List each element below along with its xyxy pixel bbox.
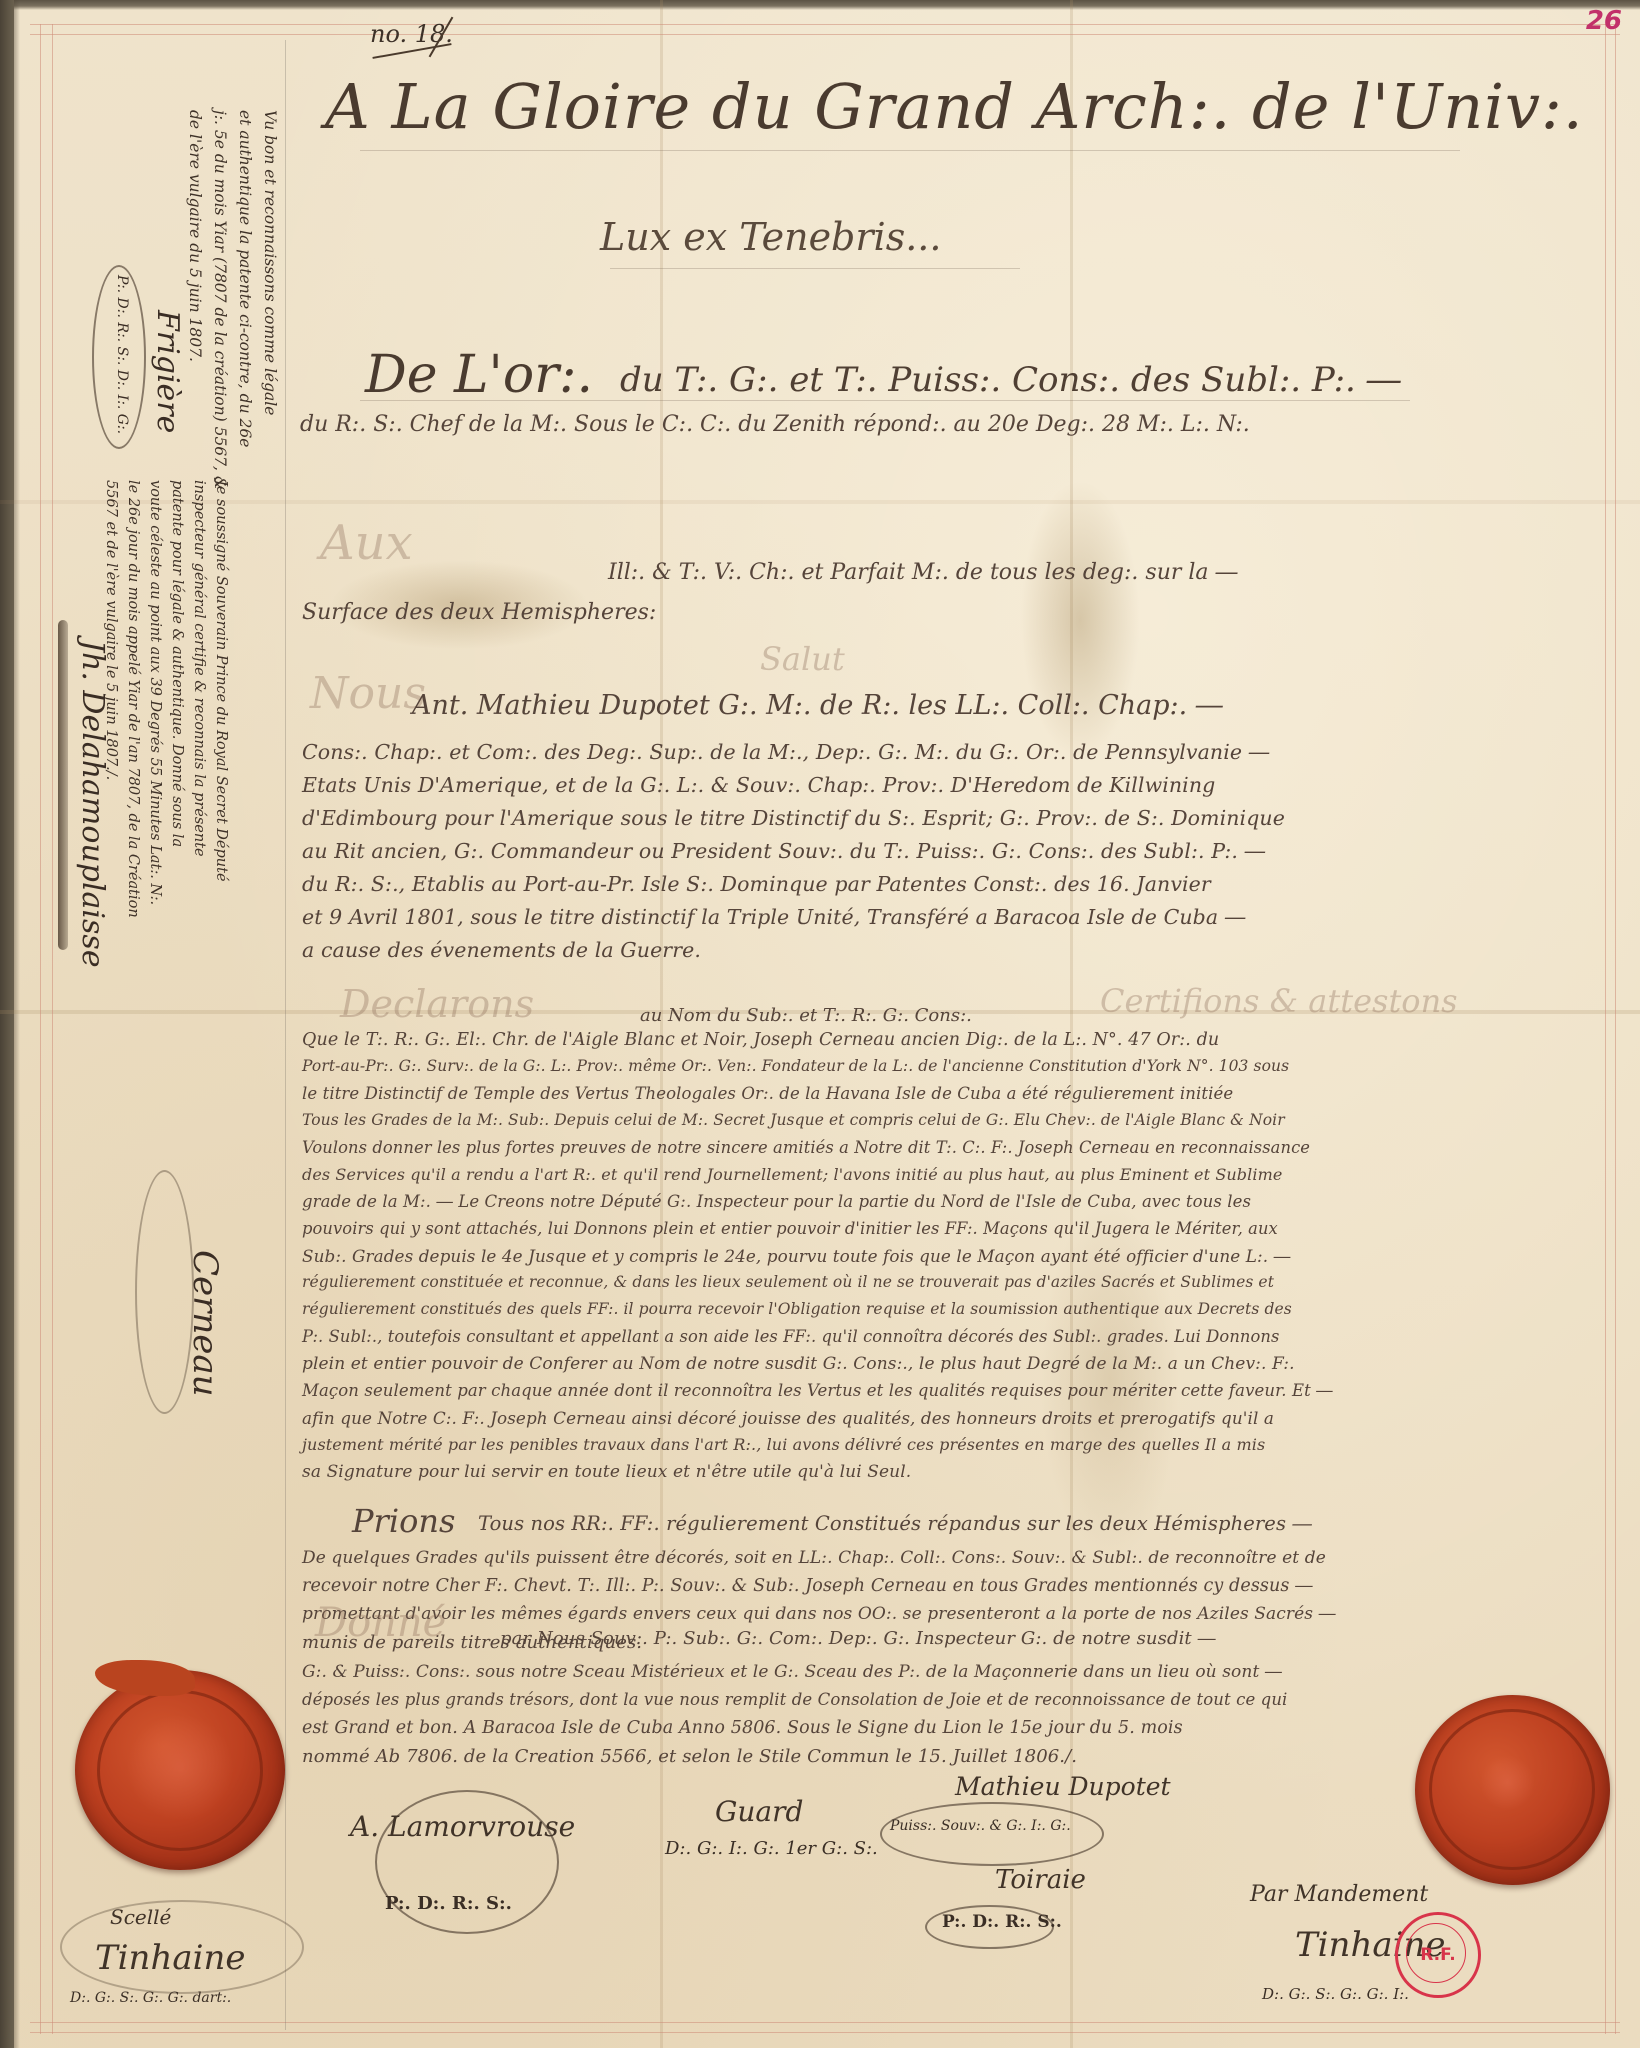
border-rule (30, 34, 1620, 35)
border-rule (1605, 24, 1606, 2034)
declaration-line: afin que Notre C:. F:. Joseph Cerneau ai… (302, 1408, 1274, 1428)
signature-name: Guard (715, 1795, 803, 1828)
prayer-line: Tous nos RR:. FF:. régulierement Constit… (478, 1512, 1312, 1535)
declaration-faded-prefix: Declarons (340, 982, 534, 1026)
margin-note-line: de l'ère vulgaire du 5 juin 1807. (182, 110, 207, 490)
declaration-line: sa Signature pour lui servir en toute li… (302, 1462, 911, 1482)
signature-title: D:. G:. I:. G:. 1er G:. S:. (665, 1838, 878, 1859)
signature-flourish (880, 1802, 1104, 1866)
declaration-faded-suffix: Certifions & attestons (1100, 982, 1458, 1020)
prayer-heading: Prions (352, 1502, 455, 1540)
border-rule (1615, 24, 1616, 2034)
signature-name: Toiraie (995, 1865, 1086, 1895)
seal-emboss (125, 1715, 235, 1820)
address-line-1: Ill:. & T:. V:. Ch:. et Parfait M:. de t… (608, 560, 1238, 585)
margin-note-line: patente pour légale & authentique. Donné… (166, 480, 188, 918)
sealed-title: D:. G:. S:. G:. G:. dart:. (70, 1990, 231, 2006)
document-page: 26 no. 18. A La Gloire du Grand Arch:. d… (0, 0, 1640, 2048)
folio-number: 26 (1586, 6, 1622, 36)
salutation: Salut (760, 640, 845, 678)
given-line: par Nous Souv:. P:. Sub:. G:. Com:. Dep:… (500, 1628, 1216, 1649)
library-stamp-inner (1406, 1923, 1466, 1983)
ruled-line (610, 268, 1020, 269)
declaration-line: Tous les Grades de la M:. Sub:. Depuis c… (302, 1111, 1285, 1129)
margin-note-line: le 26e jour du mois appelé Yiar de l'an … (122, 480, 144, 918)
signature-name: Mathieu Dupotet (955, 1772, 1171, 1801)
signature-flourish (60, 1900, 304, 1994)
given-line: est Grand et bon. A Baracoa Isle de Cuba… (302, 1718, 1183, 1738)
declaration-line: Maçon seulement par chaque année dont il… (302, 1381, 1333, 1400)
issuer-line: du R:. S:., Etablis au Port-au-Pr. Isle … (302, 872, 1211, 896)
margin-note-1-signature: Frigière (150, 310, 185, 433)
declaration-line: régulierement constitués des quels FF:. … (302, 1300, 1292, 1318)
prayer-line: recevoir notre Cher F:. Chevt. T:. Ill:.… (302, 1576, 1313, 1596)
opening-line-1: du T:. G:. et T:. Puiss:. Cons:. des Sub… (620, 360, 1401, 400)
margin-rule (285, 40, 286, 2030)
border-rule (30, 24, 1620, 25)
signature-title: P:. D:. R:. S:. (942, 1912, 1062, 1932)
motto: Lux ex Tenebris... (600, 215, 941, 259)
issuer-line: a cause des évenements de la Guerre. (302, 938, 701, 962)
address-line-2: Surface des deux Hemispheres: (302, 600, 656, 625)
signature-title: D:. G:. S:. G:. G:. I:. (1262, 1985, 1409, 2003)
declaration-header: au Nom du Sub:. et T:. R:. G:. Cons:. (640, 1005, 972, 1026)
border-rule (52, 24, 53, 2034)
declaration-line: plein et entier pouvoir de Conferer au N… (302, 1354, 1295, 1374)
declaration-line: pouvoirs qui y sont attachés, lui Donnon… (302, 1219, 1278, 1238)
given-faded-prefix: Donné (315, 1600, 446, 1646)
issuer-line: au Rit ancien, G:. Commandeur ou Preside… (302, 839, 1265, 863)
scan-top-edge (0, 0, 1640, 10)
margin-note-line: Je soussigné Souverain Prince du Royal S… (210, 480, 232, 918)
scan-left-edge (0, 0, 14, 2048)
border-rule (30, 2022, 1620, 2023)
issuer-faded-prefix: Nous (310, 668, 426, 719)
signature-name: Par Mandement (1250, 1882, 1428, 1907)
margin-note-line: j:. 5e du mois Yiar (7807 de la création… (207, 110, 232, 490)
ruled-line (360, 400, 1410, 401)
declaration-line: Sub:. Grades depuis le 4e Jusque et y co… (302, 1246, 1291, 1266)
declaration-line: régulierement constituée et reconnue, & … (302, 1273, 1274, 1291)
opening-line-2: du R:. S:. Chef de la M:. Sous le C:. C:… (300, 412, 1250, 437)
declaration-line: justement mérité par les penibles travau… (302, 1435, 1265, 1454)
ruled-line (360, 150, 1460, 151)
margin-note-line: inspecteur général certifie & reconnais … (188, 480, 210, 918)
issuer-line: Cons:. Chap:. et Com:. des Deg:. Sup:. d… (302, 740, 1269, 764)
prayer-line: promettant d'avoir les mêmes égards enve… (302, 1604, 1336, 1624)
margin-note-2: Je soussigné Souverain Prince du Royal S… (100, 480, 232, 918)
library-stamp: R.F. (1395, 1912, 1481, 1998)
border-rule (40, 24, 41, 2034)
issuer-line: Ant. Mathieu Dupotet G:. M:. de R:. les … (412, 690, 1223, 721)
declaration-line: grade de la M:. ― Le Creons notre Député… (302, 1192, 1251, 1211)
margin-note-line: voute céleste au point aux 39 Degrés 55 … (144, 480, 166, 918)
issuer-line: Etats Unis D'Amerique, et de la G:. L:. … (302, 773, 1215, 797)
seal-emboss (1480, 1755, 1535, 1810)
signature-name: A. Lamorvrouse (350, 1810, 575, 1843)
prayer-line: De quelques Grades qu'ils puissent être … (302, 1548, 1326, 1568)
declaration-line: Voulons donner les plus fortes preuves d… (302, 1138, 1310, 1157)
declaration-line: le titre Distinctif de Temple des Vertus… (302, 1084, 1233, 1103)
wax-seal-right (1415, 1695, 1610, 1885)
given-line: déposés les plus grands trésors, dont la… (302, 1690, 1287, 1709)
fold-line (1070, 0, 1073, 2048)
signature-flourish (58, 620, 68, 950)
wax-seal-left (75, 1670, 285, 1870)
margin-note-2-signature: Jh. Delahamouplaisse (75, 640, 110, 968)
fold-line (0, 500, 1640, 504)
issuer-line: et 9 Avril 1801, sous le titre distincti… (302, 905, 1245, 929)
wax-seal-tab (95, 1660, 195, 1696)
margin-note-line: et authentique la patente ci-contre, du … (232, 110, 257, 490)
margin-note-1-title: P:. D:. R:. S:. D:. I:. G:. (114, 275, 130, 434)
given-line: G:. & Puiss:. Cons:. sous notre Sceau Mi… (302, 1662, 1282, 1682)
margin-note-1: Vu bon et reconnaissons comme légale et … (182, 110, 282, 490)
border-rule (30, 2032, 1620, 2033)
declaration-line: Port-au-Pr:. G:. Surv:. de la G:. L:. Pr… (302, 1057, 1289, 1075)
issuer-line: d'Edimbourg pour l'Amerique sous le titr… (302, 806, 1285, 830)
document-title: A La Gloire du Grand Arch:. de l'Univ:. (325, 70, 1465, 143)
declaration-line: Que le T:. R:. G:. El:. Chr. de l'Aigle … (302, 1030, 1219, 1050)
signature-title: P:. D:. R:. S:. (385, 1893, 512, 1914)
margin-note-line: Vu bon et reconnaissons comme légale (257, 110, 282, 490)
opening-heading: De L'or:. (365, 345, 593, 405)
given-line: nommé Ab 7806. de la Creation 5566, et s… (302, 1746, 1077, 1767)
signature-title: Puiss:. Souv:. & G:. I:. G:. (890, 1818, 1071, 1834)
signature-flourish (135, 1170, 194, 1414)
declaration-line: des Services qu'il a rendu a l'art R:. e… (302, 1165, 1282, 1184)
declaration-line: P:. Subl:., toutefois consultant et appe… (302, 1327, 1279, 1346)
scan-left-shadow (14, 0, 20, 2048)
address-faded-prefix: Aux (320, 515, 413, 571)
